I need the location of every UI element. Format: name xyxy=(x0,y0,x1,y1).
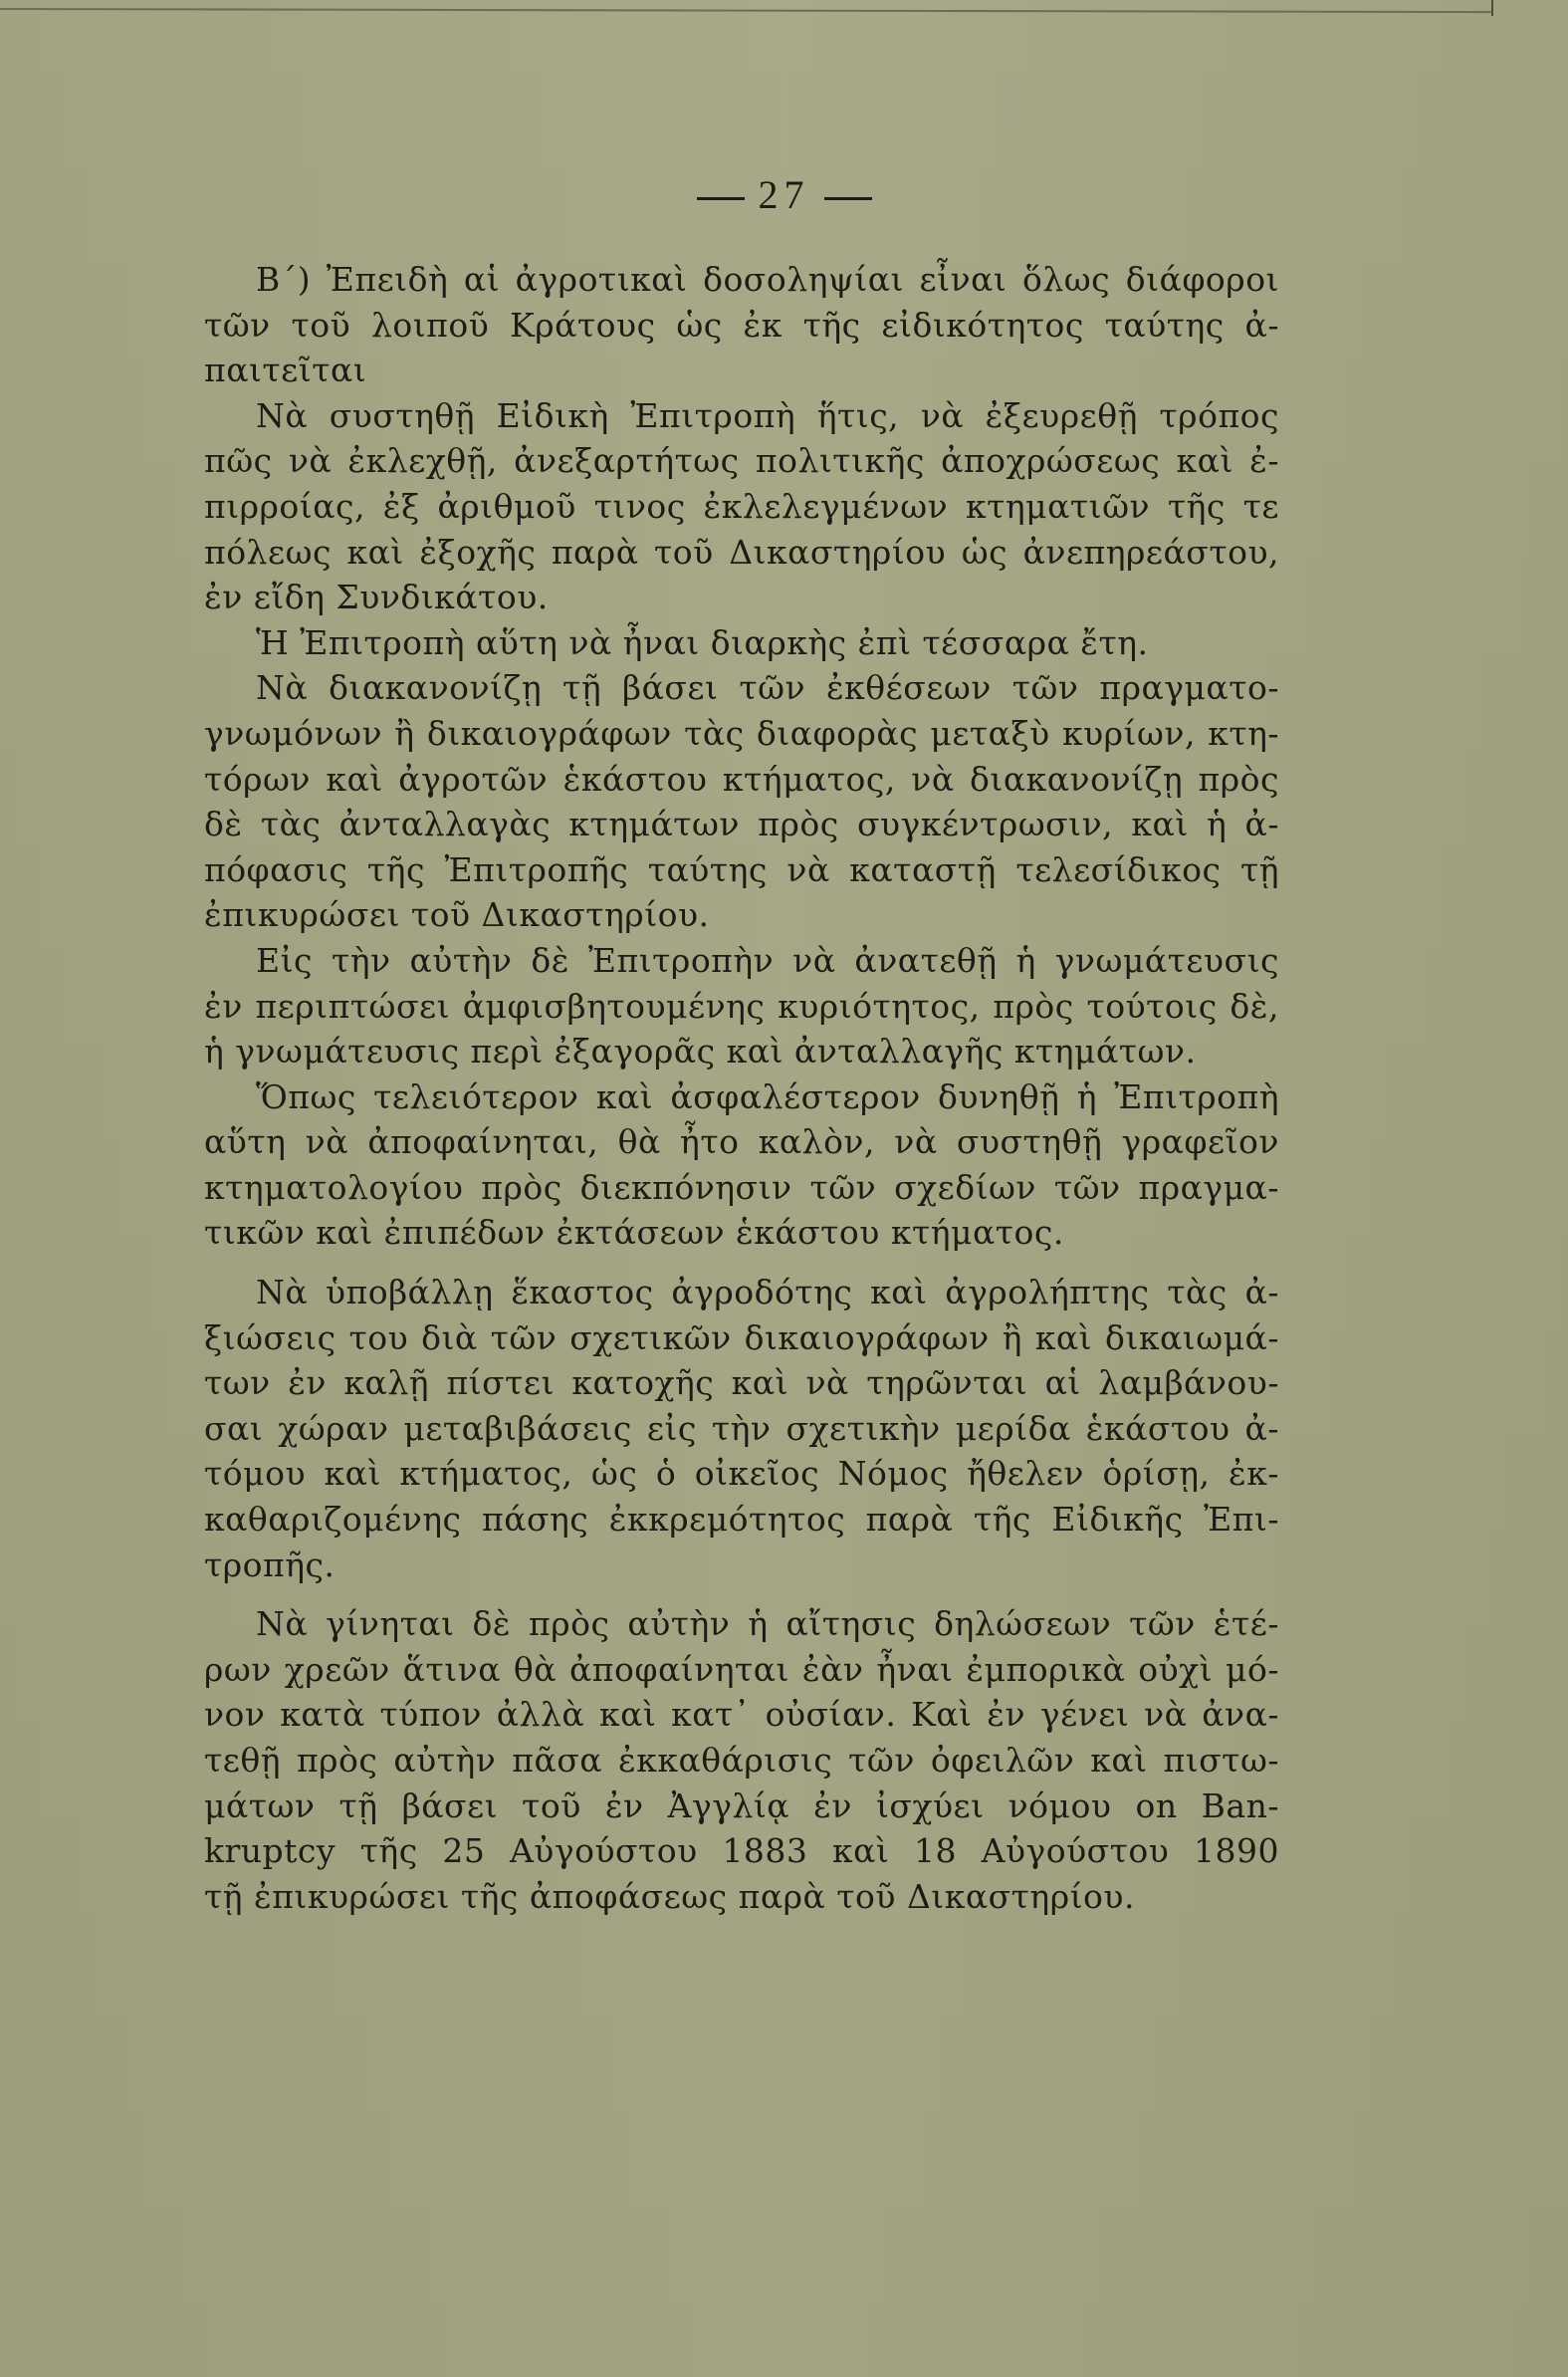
text-line: Β΄) Ἐπειδὴ αἱ ἀγροτικαὶ δοσοληψίαι εἶναι… xyxy=(204,257,1279,303)
text-line: των ἐν καλῇ πίστει κατοχῆς καὶ νὰ τηρῶντ… xyxy=(204,1360,1279,1406)
paragraph-duration: Ἡ Ἐπιτροπὴ αὕτη νὰ ἦναι διαρκὴς ἐπὶ τέσσ… xyxy=(204,620,1279,666)
page-number-dash-left xyxy=(697,197,745,200)
text-line: τροπῆς. xyxy=(204,1543,1279,1588)
text-line: σαι χώραν μεταβιβάσεις εἰς τὴν σχετικὴν … xyxy=(204,1406,1279,1452)
text-line: νον κατὰ τύπον ἀλλὰ καὶ κατ᾽ οὐσίαν. Καὶ… xyxy=(204,1692,1279,1738)
text-line: αὕτη νὰ ἀποφαίνηται, θὰ ἦτο καλὸν, νὰ συ… xyxy=(204,1119,1279,1165)
text-line: ἡ γνωμάτευσις περὶ ἐξαγορᾶς καὶ ἀνταλλαγ… xyxy=(204,1029,1279,1074)
page-corner-mark xyxy=(1491,0,1493,16)
text-line: μάτων τῇ βάσει τοῦ ἐν Ἀγγλίᾳ ἐν ἰσχύει ν… xyxy=(204,1783,1279,1829)
text-line: Νὰ διακανονίζῃ τῇ βάσει τῶν ἐκθέσεων τῶν… xyxy=(204,665,1279,711)
page-edge-line xyxy=(0,8,1493,13)
text-line: τῇ ἐπικυρώσει τῆς ἀποφάσεως παρὰ τοῦ Δικ… xyxy=(204,1874,1279,1920)
text-line: Εἰς τὴν αὐτὴν δὲ Ἐπιτροπὴν νὰ ἀνατεθῇ ἡ … xyxy=(204,938,1279,984)
text-line: Νὰ ὑποβάλλῃ ἕκαστος ἀγροδότης καὶ ἀγρολή… xyxy=(204,1270,1279,1315)
text-line: kruptcy τῆς 25 Αὐγούστου 1883 καὶ 18 Αὐγ… xyxy=(204,1828,1279,1874)
text-line: Ὅπως τελειότερον καὶ ἀσφαλέστερον δυνηθῇ… xyxy=(204,1074,1279,1120)
text-line: Ἡ Ἐπιτροπὴ αὕτη νὰ ἦναι διαρκὴς ἐπὶ τέσσ… xyxy=(204,620,1279,666)
paragraph-b-intro: Β΄) Ἐπειδὴ αἱ ἀγροτικαὶ δοσοληψίαι εἶναι… xyxy=(204,257,1279,393)
text-line: καθαριζομένης πάσης ἐκκρεμότητος παρὰ τῆ… xyxy=(204,1497,1279,1543)
text-line: πῶς νὰ ἐκλεχθῇ, ἀνεξαρτήτως πολιτικῆς ἀπ… xyxy=(204,438,1279,484)
text-line: πιρροίας, ἐξ ἀριθμοῦ τινος ἐκλελεγμένων … xyxy=(204,484,1279,530)
paragraph-submit-claims: Νὰ ὑποβάλλῃ ἕκαστος ἀγροδότης καὶ ἀγρολή… xyxy=(204,1270,1279,1587)
text-line: τῶν τοῦ λοιποῦ Κράτους ὡς ἐκ τῆς εἰδικότ… xyxy=(204,303,1279,349)
paragraph-expert-opinion: Εἰς τὴν αὐτὴν δὲ Ἐπιτροπὴν νὰ ἀνατεθῇ ἡ … xyxy=(204,938,1279,1074)
page-number-dash-right xyxy=(824,197,872,200)
paragraph-special-committee: Νὰ συστηθῇ Εἰδικὴ Ἐπιτροπὴ ἥτις, νὰ ἐξευ… xyxy=(204,393,1279,620)
text-line: τεθῇ πρὸς αὐτὴν πᾶσα ἐκκαθάρισις τῶν ὀφε… xyxy=(204,1738,1279,1783)
text-line: δὲ τὰς ἀνταλλαγὰς κτημάτων πρὸς συγκέντρ… xyxy=(204,802,1279,847)
paragraph-cadastre-office: Ὅπως τελειότερον καὶ ἀσφαλέστερον δυνηθῇ… xyxy=(204,1074,1279,1256)
page-number-value: 27 xyxy=(759,172,810,217)
text-line: ξιώσεις του διὰ τῶν σχετικῶν δικαιογράφω… xyxy=(204,1315,1279,1361)
text-line: πόφασις τῆς Ἐπιτροπῆς ταύτης νὰ καταστῇ … xyxy=(204,847,1279,893)
text-line: παιτεῖται xyxy=(204,348,1279,393)
text-line: τικῶν καὶ ἐπιπέδων ἐκτάσεων ἑκάστου κτήμ… xyxy=(204,1210,1279,1256)
text-line: τόμου καὶ κτήματος, ὡς ὁ οἰκεῖος Νόμος ἤ… xyxy=(204,1451,1279,1497)
text-line: ρων χρεῶν ἅτινα θὰ ἀποφαίνηται ἐὰν ἦναι … xyxy=(204,1647,1279,1693)
page-number: 27 xyxy=(0,171,1568,218)
text-line: ἐπικυρώσει τοῦ Δικαστηρίου. xyxy=(204,892,1279,938)
text-line: πόλεως καὶ ἐξοχῆς παρὰ τοῦ Δικαστηρίου ὡ… xyxy=(204,530,1279,576)
text-line: ἐν περιπτώσει ἀμφισβητουμένης κυριότητος… xyxy=(204,984,1279,1030)
text-line: ἐν εἴδη Συνδικάτου. xyxy=(204,575,1279,620)
body-text: Β΄) Ἐπειδὴ αἱ ἀγροτικαὶ δοσοληψίαι εἶναι… xyxy=(204,257,1279,1919)
paragraph-debt-declarations: Νὰ γίνηται δὲ πρὸς αὐτὴν ἡ αἴτησις δηλώσ… xyxy=(204,1601,1279,1919)
text-line: Νὰ γίνηται δὲ πρὸς αὐτὴν ἡ αἴτησις δηλώσ… xyxy=(204,1601,1279,1647)
text-line: γνωμόνων ἢ δικαιογράφων τὰς διαφορὰς μετ… xyxy=(204,711,1279,757)
paragraph-settle-disputes: Νὰ διακανονίζῃ τῇ βάσει τῶν ἐκθέσεων τῶν… xyxy=(204,665,1279,938)
text-line: κτηματολογίου πρὸς διεκπόνησιν τῶν σχεδί… xyxy=(204,1165,1279,1211)
text-line: Νὰ συστηθῇ Εἰδικὴ Ἐπιτροπὴ ἥτις, νὰ ἐξευ… xyxy=(204,393,1279,439)
text-line: τόρων καὶ ἀγροτῶν ἑκάστου κτήματος, νὰ δ… xyxy=(204,757,1279,803)
